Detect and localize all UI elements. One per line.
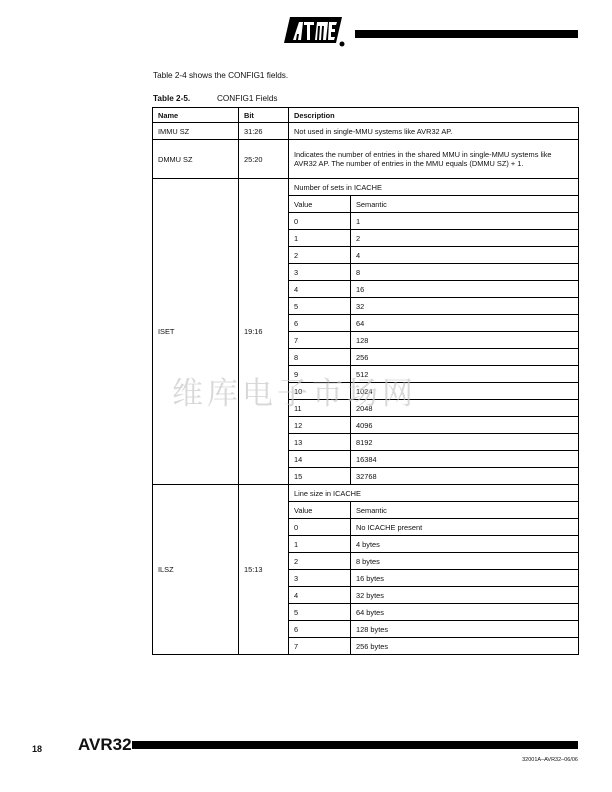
subtable-value: 5 bbox=[289, 298, 351, 315]
subtable-value: 0 bbox=[289, 213, 351, 230]
field-description: Indicates the number of entries in the s… bbox=[289, 140, 579, 179]
header-description: Description bbox=[289, 108, 579, 123]
subtable-value: 4 bbox=[289, 281, 351, 298]
subtable-semantic: 8 bytes bbox=[351, 553, 579, 570]
subtable-semantic: 4 bytes bbox=[351, 536, 579, 553]
subtable-semantic: 1 bbox=[351, 213, 579, 230]
subtable-semantic: 32768 bbox=[351, 468, 579, 485]
subtable-row: 664 bbox=[289, 315, 578, 332]
footer-title: AVR32 bbox=[78, 735, 132, 755]
subtable-semantic: 64 bytes bbox=[351, 604, 579, 621]
subtable-row: 12 bbox=[289, 230, 578, 247]
subtable-header-value: Value bbox=[289, 502, 351, 519]
intro-text: Table 2-4 shows the CONFIG1 fields. bbox=[153, 71, 288, 80]
subtable-header-semantic: Semantic bbox=[351, 196, 579, 213]
field-bit: 31:26 bbox=[239, 123, 289, 140]
subtable-semantic: 256 bytes bbox=[351, 638, 579, 655]
subtable-semantic: 8 bbox=[351, 264, 579, 281]
subtable-row: 416 bbox=[289, 281, 578, 298]
subtable-value: 6 bbox=[289, 621, 351, 638]
subtable-semantic: 4096 bbox=[351, 417, 579, 434]
subtable-value: 8 bbox=[289, 349, 351, 366]
field-description: Line size in ICACHEValueSemantic0No ICAC… bbox=[289, 485, 579, 655]
footer-rule bbox=[132, 741, 578, 749]
field-description: Number of sets in ICACHEValueSemantic011… bbox=[289, 179, 579, 485]
subtable-title: Line size in ICACHE bbox=[289, 485, 578, 502]
subtable-value: 3 bbox=[289, 570, 351, 587]
table-caption-title: CONFIG1 Fields bbox=[217, 94, 278, 103]
field-bit: 19:16 bbox=[239, 179, 289, 485]
subtable-row: 124096 bbox=[289, 417, 578, 434]
subtable-row: 532 bbox=[289, 298, 578, 315]
subtable-value: 2 bbox=[289, 247, 351, 264]
subtable-semantic: 4 bbox=[351, 247, 579, 264]
table-row: ILSZ15:13Line size in ICACHEValueSemanti… bbox=[153, 485, 579, 655]
header-name: Name bbox=[153, 108, 239, 123]
subtable-row: 138192 bbox=[289, 434, 578, 451]
subtable-value: 3 bbox=[289, 264, 351, 281]
subtable-row: 564 bytes bbox=[289, 604, 578, 621]
subtable-row: 7128 bbox=[289, 332, 578, 349]
field-description: Not used in single-MMU systems like AVR3… bbox=[289, 123, 579, 140]
subtable-row: 24 bbox=[289, 247, 578, 264]
subtable-row: 1532768 bbox=[289, 468, 578, 485]
field-name: ILSZ bbox=[153, 485, 239, 655]
semantic-subtable: Line size in ICACHEValueSemantic0No ICAC… bbox=[289, 485, 578, 654]
subtable-row: 1416384 bbox=[289, 451, 578, 468]
subtable-semantic: 16 bytes bbox=[351, 570, 579, 587]
subtable-value: 5 bbox=[289, 604, 351, 621]
subtable-semantic: 2 bbox=[351, 230, 579, 247]
subtable-header-value: Value bbox=[289, 196, 351, 213]
subtable-value: 2 bbox=[289, 553, 351, 570]
subtable-semantic: No ICACHE present bbox=[351, 519, 579, 536]
subtable-value: 15 bbox=[289, 468, 351, 485]
subtable-row: 432 bytes bbox=[289, 587, 578, 604]
subtable-semantic: 256 bbox=[351, 349, 579, 366]
subtable-semantic: 32 bytes bbox=[351, 587, 579, 604]
subtable-value: 4 bbox=[289, 587, 351, 604]
table-row: IMMU SZ31:26Not used in single-MMU syste… bbox=[153, 123, 579, 140]
table-caption-label: Table 2-5. bbox=[153, 94, 217, 103]
table-row: DMMU SZ25:20Indicates the number of entr… bbox=[153, 140, 579, 179]
subtable-row: 01 bbox=[289, 213, 578, 230]
subtable-value: 0 bbox=[289, 519, 351, 536]
subtable-value: 13 bbox=[289, 434, 351, 451]
subtable-row: 0No ICACHE present bbox=[289, 519, 578, 536]
table-caption: Table 2-5.CONFIG1 Fields bbox=[153, 94, 278, 103]
page-number: 18 bbox=[32, 744, 42, 754]
atmel-logo bbox=[284, 17, 346, 47]
subtable-value: 1 bbox=[289, 536, 351, 553]
subtable-value: 6 bbox=[289, 315, 351, 332]
subtable-semantic: 16384 bbox=[351, 451, 579, 468]
subtable-value: 12 bbox=[289, 417, 351, 434]
semantic-subtable: Number of sets in ICACHEValueSemantic011… bbox=[289, 179, 578, 484]
subtable-semantic: 16 bbox=[351, 281, 579, 298]
header-rule bbox=[355, 30, 578, 38]
subtable-value: 7 bbox=[289, 638, 351, 655]
field-name: ISET bbox=[153, 179, 239, 485]
subtable-value: 7 bbox=[289, 332, 351, 349]
subtable-header-semantic: Semantic bbox=[351, 502, 579, 519]
subtable-row: 38 bbox=[289, 264, 578, 281]
subtable-row: 28 bytes bbox=[289, 553, 578, 570]
table-row: ISET19:16Number of sets in ICACHEValueSe… bbox=[153, 179, 579, 485]
subtable-row: 8256 bbox=[289, 349, 578, 366]
subtable-row: 316 bytes bbox=[289, 570, 578, 587]
field-bit: 15:13 bbox=[239, 485, 289, 655]
subtable-semantic: 32 bbox=[351, 298, 579, 315]
field-name: IMMU SZ bbox=[153, 123, 239, 140]
subtable-row: 7256 bytes bbox=[289, 638, 578, 655]
subtable-title: Number of sets in ICACHE bbox=[289, 179, 578, 196]
field-bit: 25:20 bbox=[239, 140, 289, 179]
subtable-semantic: 128 bytes bbox=[351, 621, 579, 638]
subtable-row: 14 bytes bbox=[289, 536, 578, 553]
subtable-value: 14 bbox=[289, 451, 351, 468]
field-name: DMMU SZ bbox=[153, 140, 239, 179]
subtable-semantic: 64 bbox=[351, 315, 579, 332]
document-code: 32001A–AVR32–06/06 bbox=[522, 757, 578, 763]
subtable-value: 1 bbox=[289, 230, 351, 247]
subtable-semantic: 128 bbox=[351, 332, 579, 349]
subtable-row: 6128 bytes bbox=[289, 621, 578, 638]
subtable-semantic: 8192 bbox=[351, 434, 579, 451]
watermark: 维库电子市场网 bbox=[172, 368, 417, 413]
header-bit: Bit bbox=[239, 108, 289, 123]
